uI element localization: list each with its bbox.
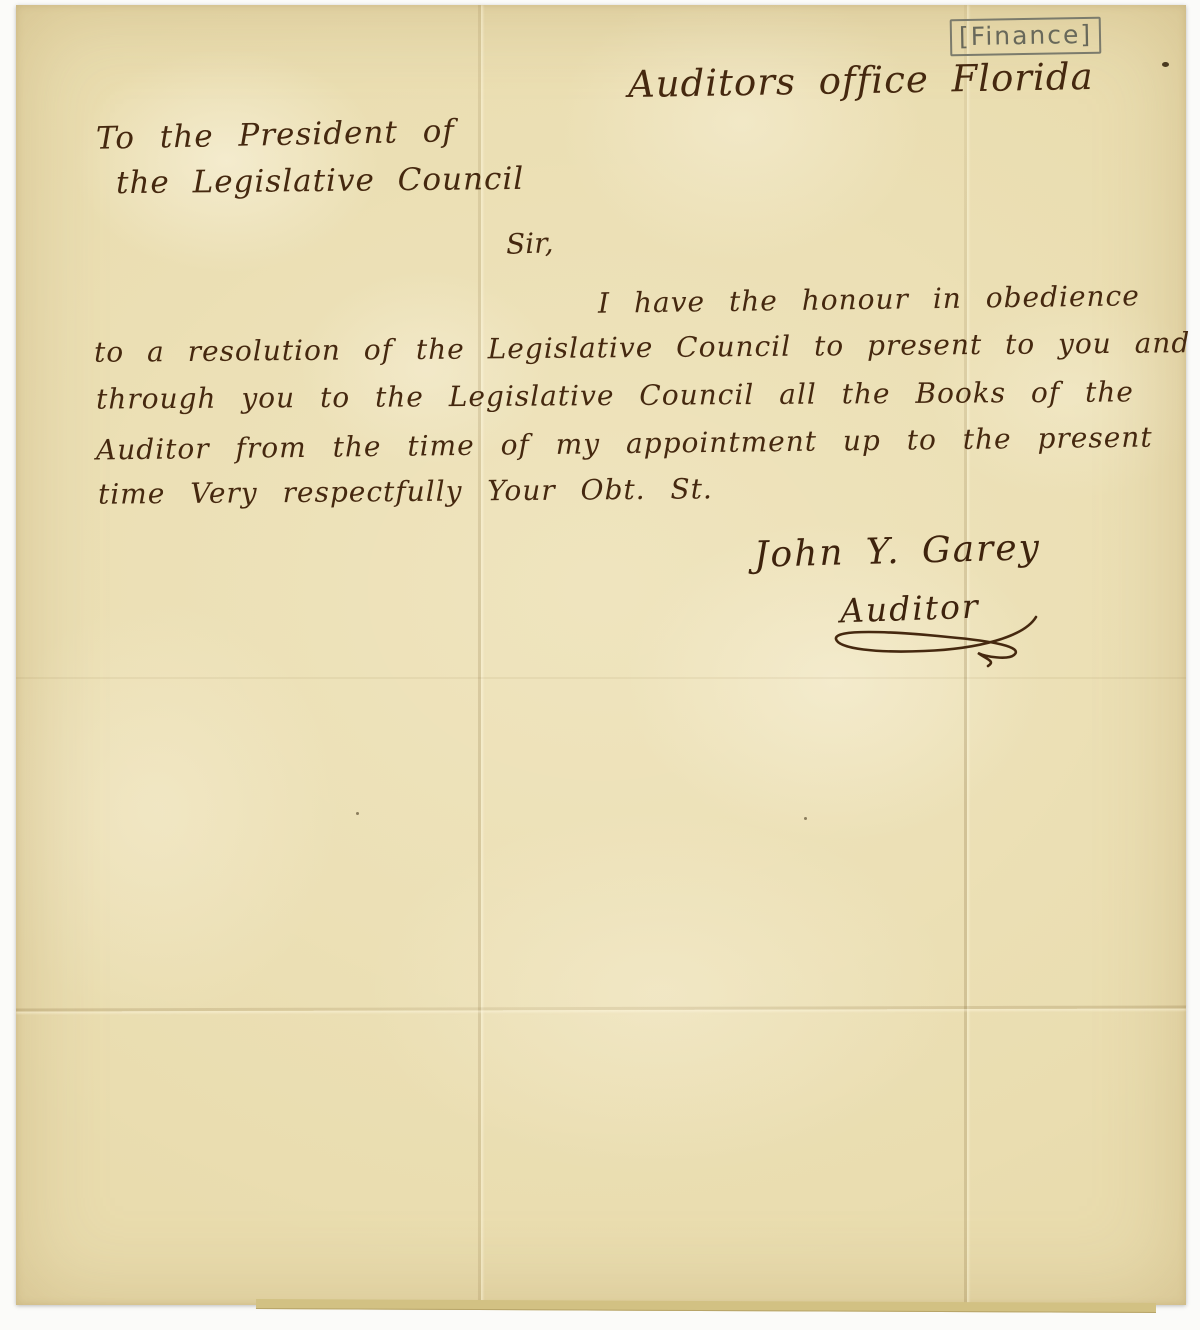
ink-speck — [1162, 62, 1169, 67]
body-line-2: to a resolution of the Legislative Counc… — [94, 326, 1191, 369]
salutation: Sir, — [505, 226, 553, 261]
finance-archival-annotation: [Finance] — [950, 17, 1102, 57]
ink-speck — [804, 817, 807, 820]
recipient-line-2: the Legislative Council — [116, 161, 525, 201]
horizontal-fold-line — [16, 1005, 1186, 1011]
body-line-5: time Very respectfully Your Obt. St. — [98, 472, 713, 510]
body-line-4: Auditor from the time of my appointment … — [96, 421, 1153, 467]
faint-horizontal-crease — [16, 677, 1186, 679]
body-line-3: through you to the Legislative Council a… — [96, 375, 1134, 415]
scan-background: { "letter": { "archival_label": "[Financ… — [0, 0, 1200, 1330]
vertical-fold-line-left — [478, 5, 481, 1305]
recipient-line-1: To the President of — [96, 113, 456, 157]
letter-page: [Finance] Auditors office Florida To the… — [16, 5, 1186, 1305]
letter-heading: Auditors office Florida — [628, 55, 1094, 106]
signature-flourish — [828, 611, 1043, 669]
ink-speck — [356, 812, 359, 815]
body-line-1: I have the honour in obedience — [598, 279, 1140, 320]
signature-name: John Y. Garey — [754, 527, 1042, 575]
